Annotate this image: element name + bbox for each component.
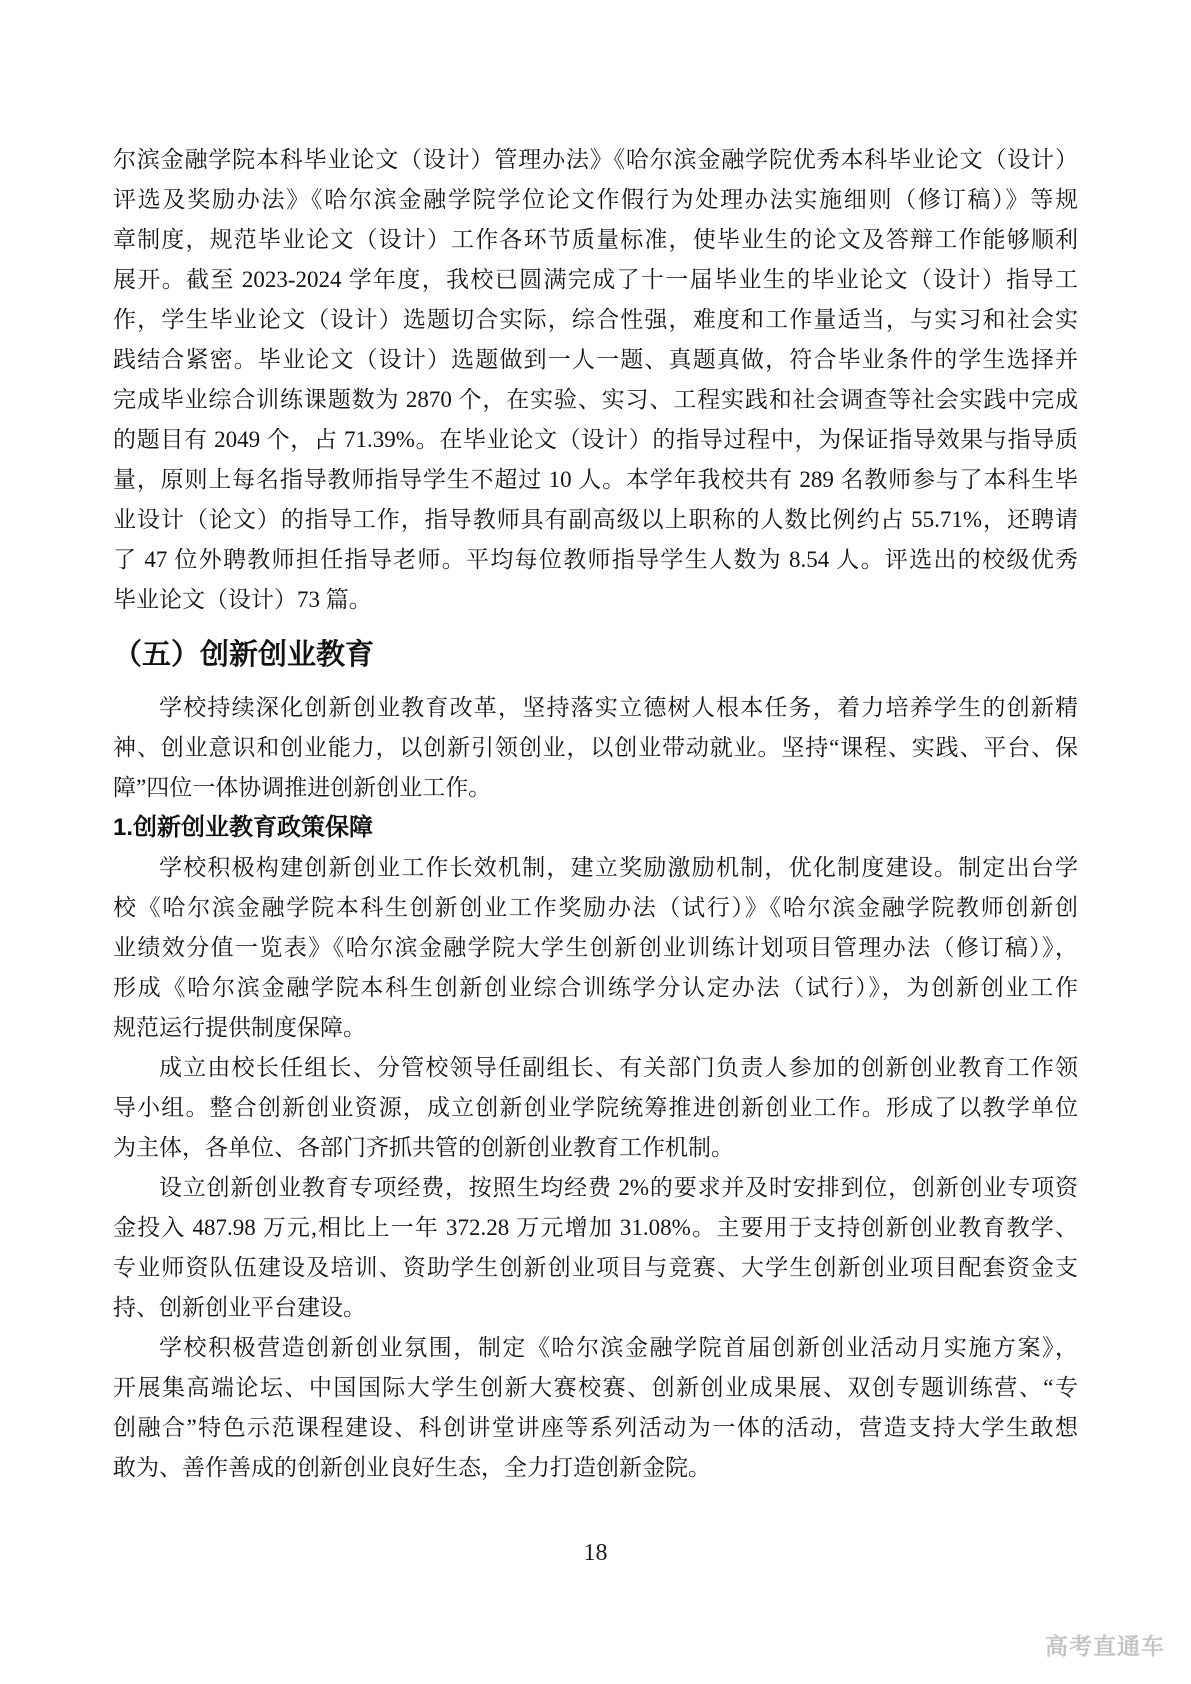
text-line: 章制度，规范毕业论文（设计）工作各环节质量标准，使毕业生的论文及答辩工作能够顺利 bbox=[113, 220, 1078, 260]
text-line: 尔滨金融学院本科毕业论文（设计）管理办法》《哈尔滨金融学院优秀本科毕业论文（设计… bbox=[113, 140, 1078, 180]
text-line: 毕业论文（设计）73 篇。 bbox=[113, 580, 1078, 620]
text-line: 展开。截至 2023-2024 学年度，我校已圆满完成了十一届毕业生的毕业论文（… bbox=[113, 260, 1078, 300]
text-line: 评选及奖励办法》《哈尔滨金融学院学位论文作假行为处理办法实施细则（修订稿）》等规 bbox=[113, 180, 1078, 220]
text-line: 成立由校长任组长、分管校领导任副组长、有关部门负责人参加的创新创业教育工作领 bbox=[113, 1048, 1078, 1088]
paragraph: 成立由校长任组长、分管校领导任副组长、有关部门负责人参加的创新创业教育工作领导小… bbox=[113, 1048, 1078, 1168]
text-line: 完成毕业综合训练课题数为 2870 个，在实验、实习、工程实践和社会调查等社会实… bbox=[113, 380, 1078, 420]
text-line: 学校积极构建创新创业工作长效机制，建立奖励激励机制，优化制度建设。制定出台学 bbox=[113, 848, 1078, 888]
text-line: 创融合”特色示范课程建设、科创讲堂讲座等系列活动为一体的活动，营造支持大学生敢想 bbox=[113, 1408, 1078, 1448]
text-line: 开展集高端论坛、中国国际大学生创新大赛校赛、创新创业成果展、双创专题训练营、“专 bbox=[113, 1368, 1078, 1408]
text-line: 金投入 487.98 万元,相比上一年 372.28 万元增加 31.08%。主… bbox=[113, 1208, 1078, 1248]
page-number: 18 bbox=[0, 1540, 1191, 1567]
section-heading: （五）创新创业教育 bbox=[113, 632, 1078, 678]
paragraph: 学校积极构建创新创业工作长效机制，建立奖励激励机制，优化制度建设。制定出台学校《… bbox=[113, 848, 1078, 1048]
paragraph: 尔滨金融学院本科毕业论文（设计）管理办法》《哈尔滨金融学院优秀本科毕业论文（设计… bbox=[113, 140, 1078, 620]
text-line: 持、创新创业平台建设。 bbox=[113, 1288, 1078, 1328]
text-line: 形成《哈尔滨金融学院本科生创新创业综合训练学分认定办法（试行）》，为创新创业工作 bbox=[113, 968, 1078, 1008]
text-line: 量，原则上每名指导教师指导学生不超过 10 人。本学年我校共有 289 名教师参… bbox=[113, 460, 1078, 500]
document-body: 尔滨金融学院本科毕业论文（设计）管理办法》《哈尔滨金融学院优秀本科毕业论文（设计… bbox=[113, 140, 1078, 1488]
text-line: 作，学生毕业论文（设计）选题切合实际，综合性强，难度和工作量适当，与实习和社会实 bbox=[113, 300, 1078, 340]
text-line: 导小组。整合创新创业资源，成立创新创业学院统筹推进创新创业工作。形成了以教学单位 bbox=[113, 1088, 1078, 1128]
document-page: 尔滨金融学院本科毕业论文（设计）管理办法》《哈尔滨金融学院优秀本科毕业论文（设计… bbox=[0, 0, 1191, 1684]
text-line: 的题目有 2049 个，占 71.39%。在毕业论文（设计）的指导过程中，为保证… bbox=[113, 420, 1078, 460]
text-line: 规范运行提供制度保障。 bbox=[113, 1008, 1078, 1048]
paragraph: 学校持续深化创新创业教育改革，坚持落实立德树人根本任务，着力培养学生的创新精神、… bbox=[113, 688, 1078, 808]
paragraph: 设立创新创业教育专项经费，按照生均经费 2%的要求并及时安排到位，创新创业专项资… bbox=[113, 1168, 1078, 1328]
watermark-text: 高考直通车 bbox=[1045, 1628, 1165, 1661]
text-line: 为主体，各单位、各部门齐抓共管的创新创业教育工作机制。 bbox=[113, 1128, 1078, 1168]
sub-heading: 1.创新创业教育政策保障 bbox=[113, 808, 1078, 848]
text-line: 校《哈尔滨金融学院本科生创新创业工作奖励办法（试行）》《哈尔滨金融学院教师创新创 bbox=[113, 888, 1078, 928]
text-line: 设立创新创业教育专项经费，按照生均经费 2%的要求并及时安排到位，创新创业专项资 bbox=[113, 1168, 1078, 1208]
text-line: 神、创业意识和创业能力，以创新引领创业，以创业带动就业。坚持“课程、实践、平台、… bbox=[113, 728, 1078, 768]
text-line: 学校积极营造创新创业氛围，制定《哈尔滨金融学院首届创新创业活动月实施方案》， bbox=[113, 1328, 1078, 1368]
text-line: 践结合紧密。毕业论文（设计）选题做到一人一题、真题真做，符合毕业条件的学生选择并 bbox=[113, 340, 1078, 380]
text-line: 业绩效分值一览表》《哈尔滨金融学院大学生创新创业训练计划项目管理办法（修订稿）》… bbox=[113, 928, 1078, 968]
paragraph: 学校积极营造创新创业氛围，制定《哈尔滨金融学院首届创新创业活动月实施方案》，开展… bbox=[113, 1328, 1078, 1488]
text-line: 了 47 位外聘教师担任指导老师。平均每位教师指导学生人数为 8.54 人。评选… bbox=[113, 540, 1078, 580]
text-line: 专业师资队伍建设及培训、资助学生创新创业项目与竞赛、大学生创新创业项目配套资金支 bbox=[113, 1248, 1078, 1288]
text-line: 障”四位一体协调推进创新创业工作。 bbox=[113, 768, 1078, 808]
text-line: 学校持续深化创新创业教育改革，坚持落实立德树人根本任务，着力培养学生的创新精 bbox=[113, 688, 1078, 728]
text-line: 敢为、善作善成的创新创业良好生态，全力打造创新金院。 bbox=[113, 1448, 1078, 1488]
text-line: 业设计（论文）的指导工作，指导教师具有副高级以上职称的人数比例约占 55.71%… bbox=[113, 500, 1078, 540]
